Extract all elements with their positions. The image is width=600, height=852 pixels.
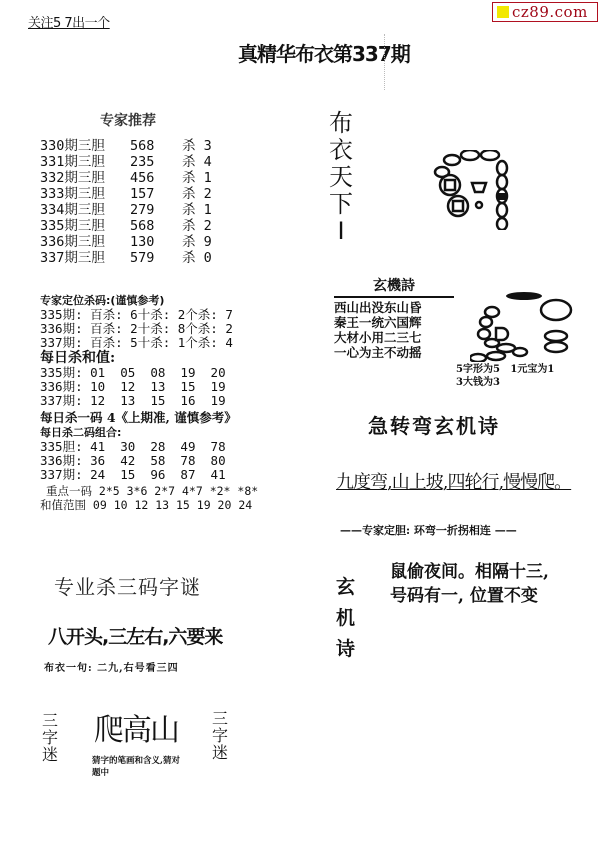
list-item: 336期三胆130杀 9 xyxy=(40,234,212,250)
word-riddle-right-label: 三 字 迷 xyxy=(212,710,230,761)
divider xyxy=(384,34,385,90)
list-item: 335期: 01 05 08 19 20 xyxy=(40,366,258,380)
list-item: 335期三胆568杀 2 xyxy=(40,218,212,234)
kill3-riddle: 八开头,三左右,六要来 xyxy=(48,622,222,649)
list-item: 337期: 百杀: 5十杀: 1个杀: 4 xyxy=(40,336,258,350)
poem-line: 鼠偷夜间。相隔十三, xyxy=(390,560,549,584)
position-kill-block: 专家定位杀码:(谨慎参考) 335期: 百杀: 6十杀: 2个杀: 7 336期… xyxy=(40,294,258,512)
expert-recommend-heading: 专家推荐 xyxy=(100,110,156,130)
daily-sum-heading: 每日杀和值: xyxy=(40,350,258,366)
list-item: 335胆: 41 30 28 49 78 xyxy=(40,440,258,454)
key-one-line: 重点一码 2*5 3*6 2*7 4*7 *2* *8* xyxy=(40,484,258,498)
vertical-title: 布 衣 天 下 I xyxy=(326,110,356,245)
word-riddle-left-label: 三 字 迷 xyxy=(42,712,60,763)
word-riddle-main: 爬高山 xyxy=(94,705,178,749)
list-item: 336期: 百杀: 2十杀: 8个杀: 2 xyxy=(40,322,258,336)
daily-kill-one: 每日杀一码 4《上期准, 谨慎参考》 xyxy=(40,410,258,426)
list-item: 337期: 24 15 96 87 41 xyxy=(40,468,258,482)
watermark-square-icon xyxy=(497,6,509,18)
list-item: 335期: 百杀: 6十杀: 2个杀: 7 xyxy=(40,308,258,322)
poem-line: 西山出没东山昏 xyxy=(334,300,454,315)
bead-figure-2-icon xyxy=(470,290,590,362)
position-kill-heading: 专家定位杀码:(谨慎参考) xyxy=(40,294,258,308)
poem-line: 一心为主不动摇 xyxy=(334,345,454,360)
mystic-poem: 玄機詩 西山出没东山昏 秦王一统六国辉 大材小用二三七 一心为主不动摇 xyxy=(334,275,454,360)
list-item: 337期: 12 13 15 16 19 xyxy=(40,394,258,408)
list-item: 336期: 10 12 13 15 19 xyxy=(40,380,258,394)
bead-caption: 5字形为5 1元宝为1 3大钱为3 xyxy=(456,363,554,389)
list-item: 332期三胆456杀 1 xyxy=(40,170,212,186)
poem-line: 秦王一统六国辉 xyxy=(334,315,454,330)
list-item: 333期三胆157杀 2 xyxy=(40,186,212,202)
expert-recommend-list: 330期三胆568杀 3 331期三胆235杀 4 332期三胆456杀 1 3… xyxy=(40,138,212,266)
list-item: 336期: 36 42 58 78 80 xyxy=(40,454,258,468)
mystic-poem-title: 玄機詩 xyxy=(334,275,454,298)
watermark-text: cz89.com xyxy=(512,3,588,21)
riddle-line: 九度弯,山上坡,四轮行,慢慢爬。 xyxy=(336,468,571,494)
word-riddle-note: 猜字的笔画和含义,猜对题中 xyxy=(92,755,182,779)
expert-bile-line: ——专家定胆: 环弯一折拐相连 —— xyxy=(340,522,517,538)
daily-kill-two-heading: 每日杀二码组合: xyxy=(40,426,258,440)
sum-range-line: 和值范围 09 10 12 13 15 19 20 24 xyxy=(40,498,258,512)
bead-figure-icon xyxy=(432,150,542,230)
list-item: 337期三胆579杀 0 xyxy=(40,250,212,266)
watermark-badge: cz89.com xyxy=(492,2,598,22)
mouse-poem: 鼠偷夜间。相隔十三, 号码有一, 位置不变 xyxy=(390,560,549,608)
list-item: 330期三胆568杀 3 xyxy=(40,138,212,154)
poem-line: 号码有一, 位置不变 xyxy=(390,584,549,608)
urgent-title: 急转弯玄机诗 xyxy=(368,410,500,439)
top-note: 关注5 7出一个 xyxy=(28,12,110,31)
list-item: 334期三胆279杀 1 xyxy=(40,202,212,218)
list-item: 331期三胆235杀 4 xyxy=(40,154,212,170)
kill3-title: 专业杀三码字谜 xyxy=(54,571,201,600)
poem-line: 大材小用二三七 xyxy=(334,330,454,345)
buyi-line: 布衣一句: 二九,右号看三四 xyxy=(44,659,179,674)
vertical-poem-title: 玄 机 诗 xyxy=(336,572,358,665)
